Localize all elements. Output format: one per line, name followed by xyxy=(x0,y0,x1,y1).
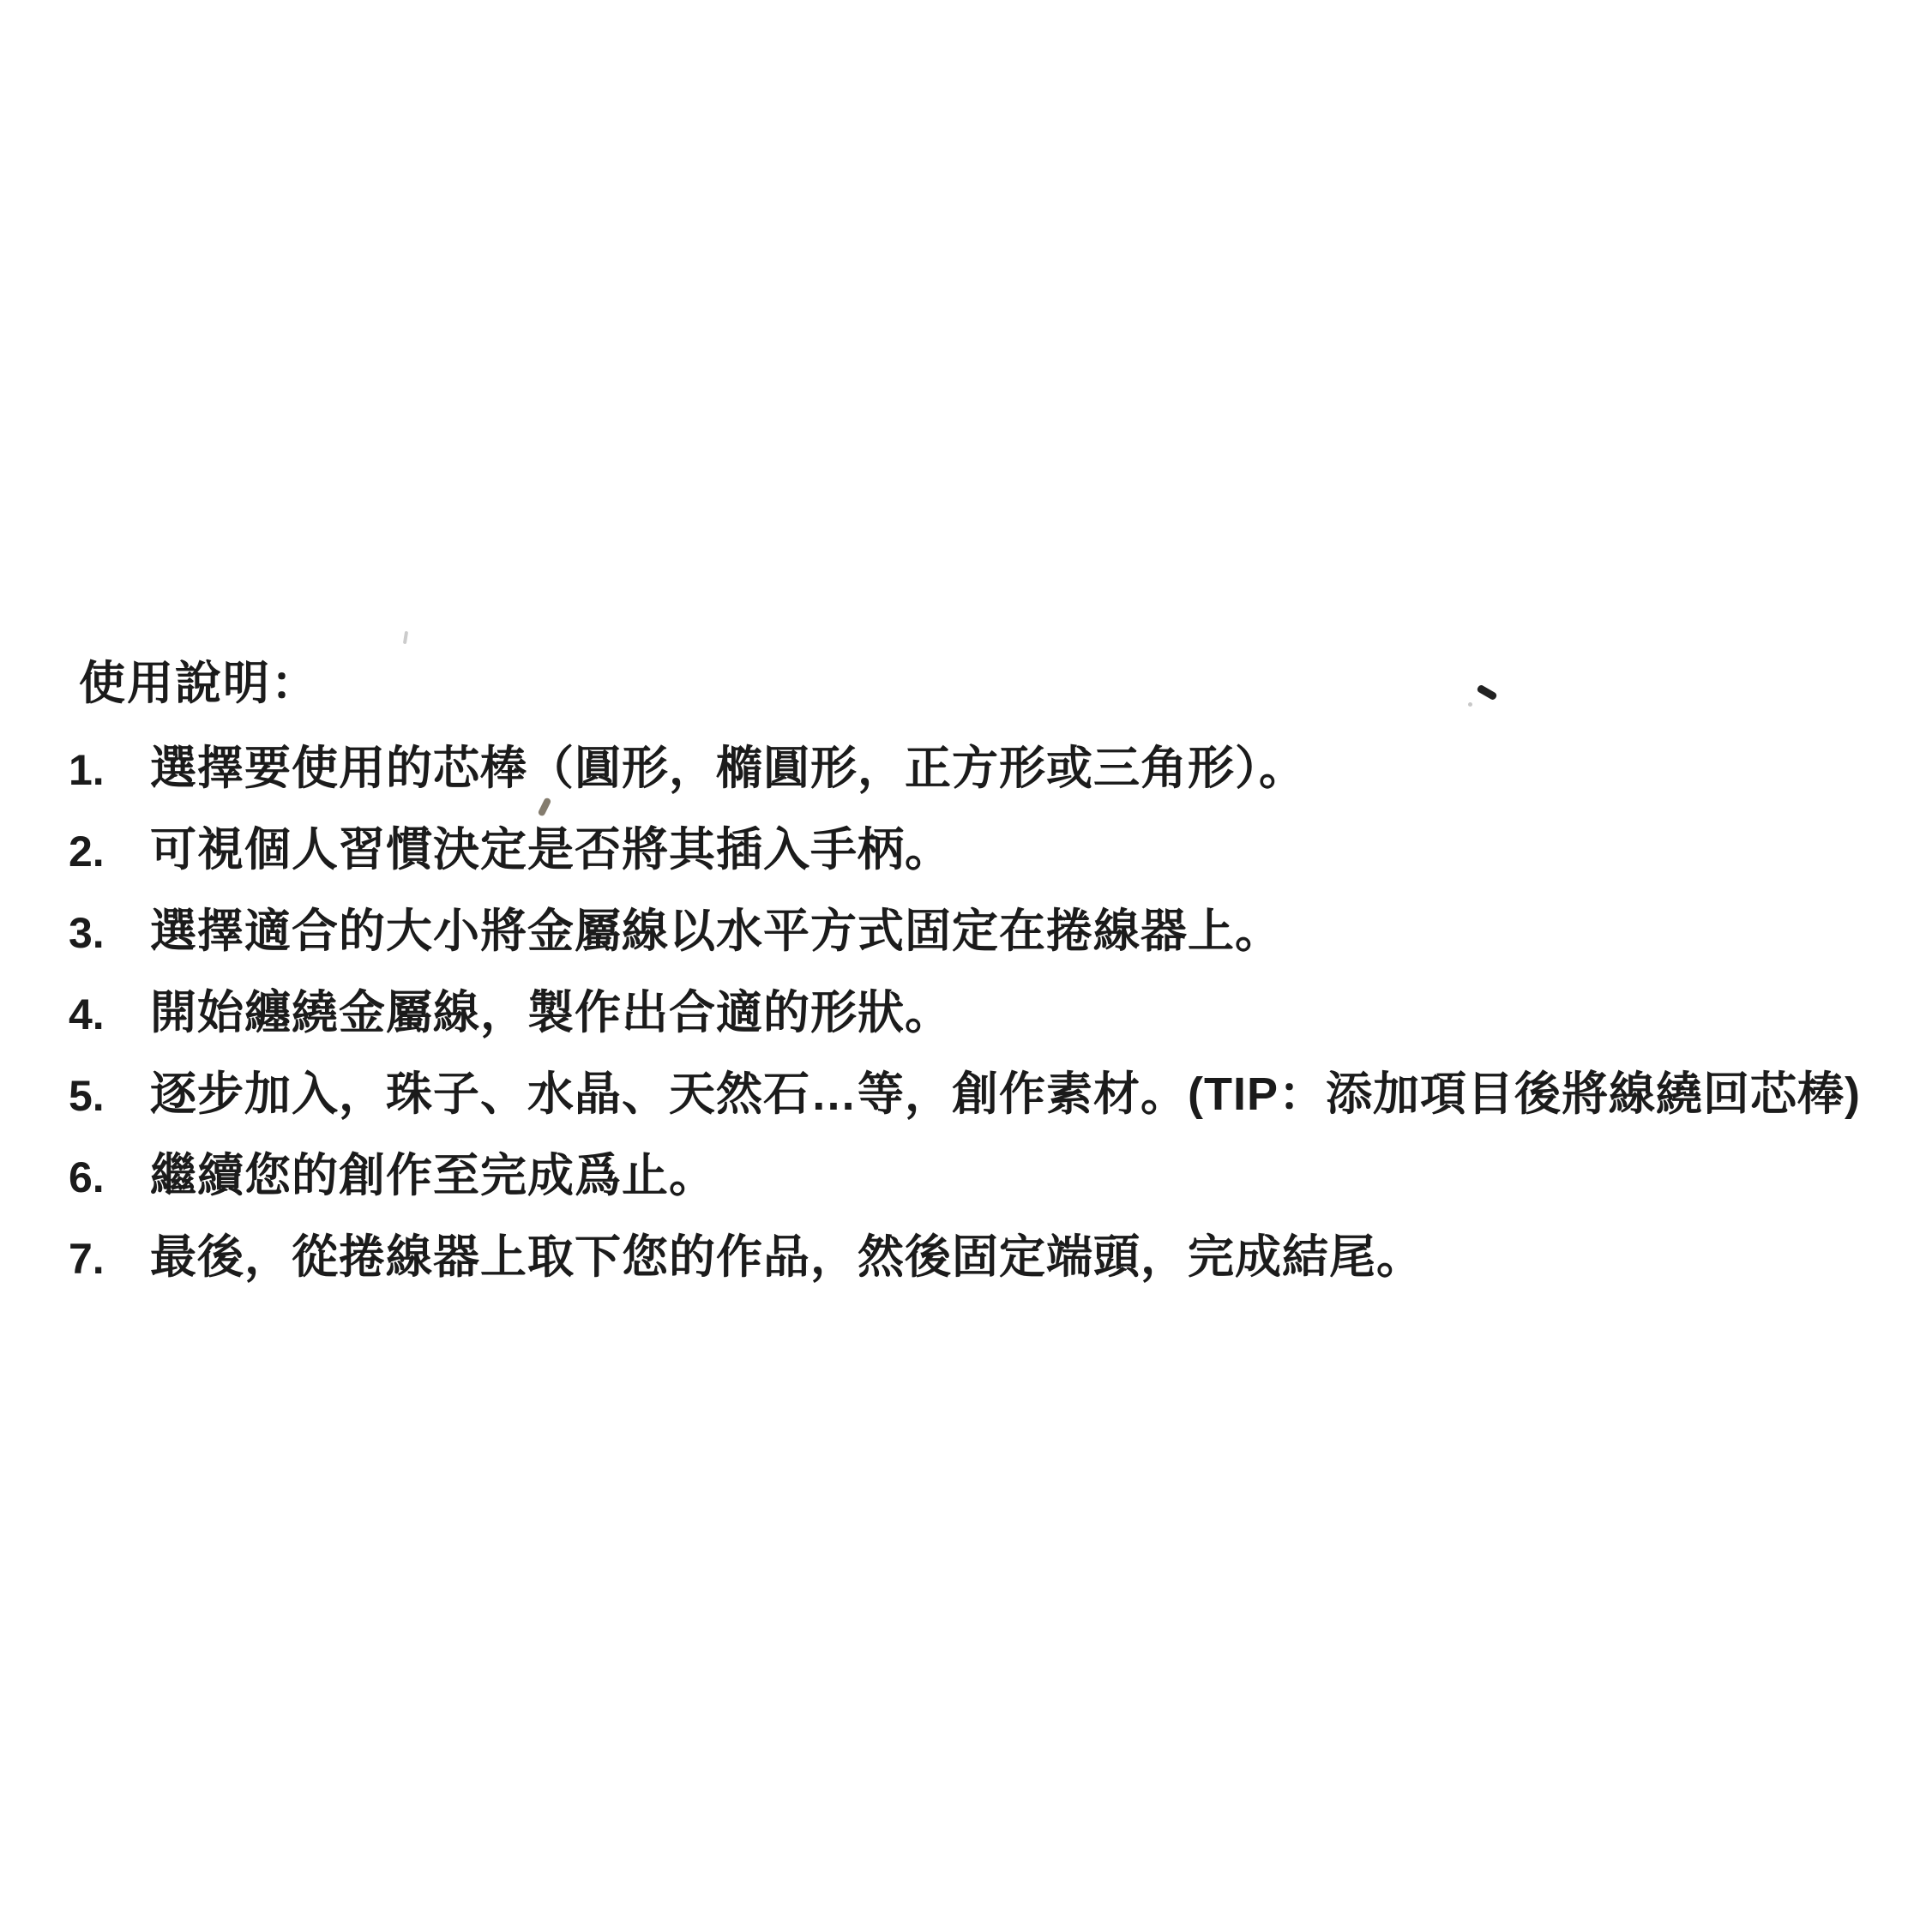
list-item: 6. 繼續您的創作至完成爲止。 xyxy=(69,1150,1861,1231)
item-text: 選擇要使用的芯棒（圓形，橢圓形，正方形或三角形）。 xyxy=(150,743,1306,794)
item-number: 7. xyxy=(69,1231,150,1285)
scanned-instruction-sheet: 使用說明： 1. 選擇要使用的芯棒（圓形，橢圓形，正方形或三角形）。 2. 可視… xyxy=(0,0,1932,1932)
list-item: 4. 開始纏繞金屬線，製作出合適的形狀。 xyxy=(69,987,1861,1068)
list-item: 5. 逐步加入，珠子、水晶、天然石…等，創作素材。(TIP：添加項目後將線繞回芯… xyxy=(69,1068,1861,1150)
item-text: 可視個人習慣決定是否將其插入手柄。 xyxy=(150,824,952,876)
list-item: 7. 最後，從捲線器上取下您的作品，然後固定端頭，完成結尾。 xyxy=(69,1231,1861,1313)
item-text: 選擇適合的大小將金屬線以水平方式固定在捲線器上。 xyxy=(150,906,1282,957)
instruction-list: 1. 選擇要使用的芯棒（圓形，橢圓形，正方形或三角形）。 2. 可視個人習慣決定… xyxy=(69,743,1861,1313)
item-number: 4. xyxy=(69,987,150,1040)
scan-speck xyxy=(403,631,408,644)
item-number: 3. xyxy=(69,906,150,959)
item-text: 最後，從捲線器上取下您的作品，然後固定端頭，完成結尾。 xyxy=(150,1231,1423,1283)
scan-speck xyxy=(1468,702,1472,707)
item-number: 2. xyxy=(69,824,150,877)
item-text: 繼續您的創作至完成爲止。 xyxy=(150,1150,716,1201)
instructions-title: 使用說明： xyxy=(79,659,319,708)
item-text: 開始纏繞金屬線，製作出合適的形狀。 xyxy=(150,987,952,1038)
list-item: 1. 選擇要使用的芯棒（圓形，橢圓形，正方形或三角形）。 xyxy=(69,743,1861,824)
item-number: 6. xyxy=(69,1150,150,1203)
scan-speck xyxy=(1476,684,1497,701)
item-text: 逐步加入，珠子、水晶、天然石…等，創作素材。(TIP：添加項目後將線繞回芯棒) xyxy=(150,1068,1861,1120)
list-item: 2. 可視個人習慣決定是否將其插入手柄。 xyxy=(69,824,1861,906)
item-number: 5. xyxy=(69,1068,150,1122)
list-item: 3. 選擇適合的大小將金屬線以水平方式固定在捲線器上。 xyxy=(69,906,1861,987)
item-number: 1. xyxy=(69,743,150,796)
